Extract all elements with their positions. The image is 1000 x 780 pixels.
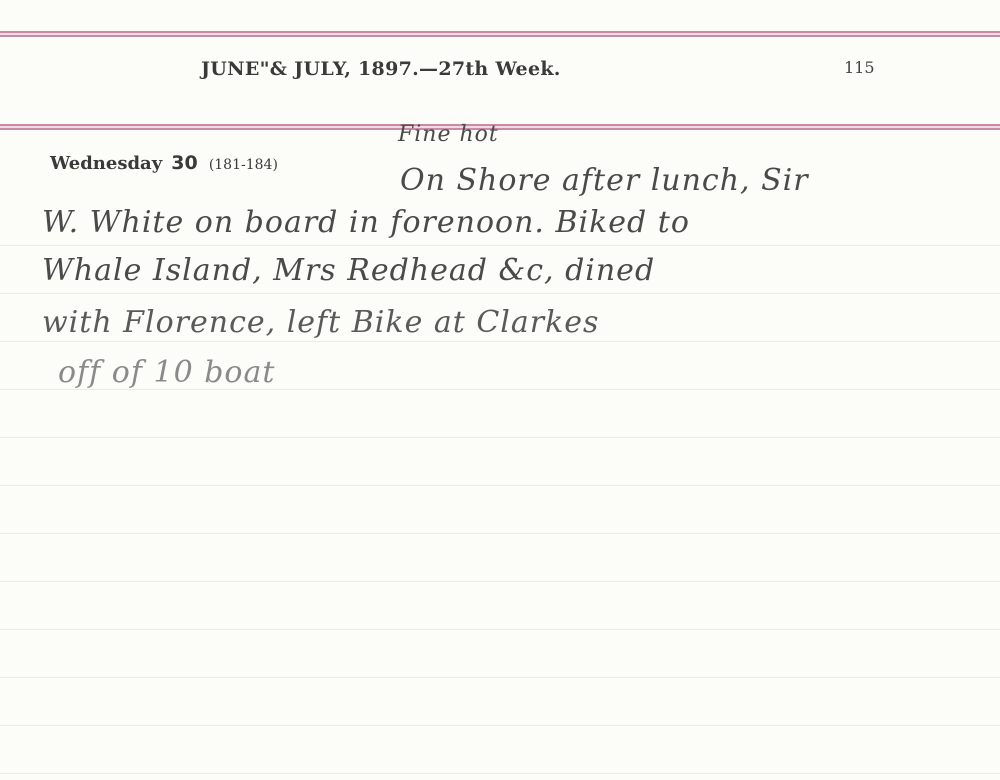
ruled-line	[0, 437, 1000, 438]
handwriting-line: W. White on board in forenoon. Biked to	[42, 205, 690, 240]
ruled-line	[0, 773, 1000, 774]
day-number: 30	[171, 152, 197, 174]
page-header-title: JUNE"& JULY, 1897.—27th Week.	[201, 58, 561, 80]
ruled-line	[0, 677, 1000, 678]
diary-page: JUNE"& JULY, 1897.—27th Week. 115 Wednes…	[0, 0, 1000, 780]
header-double-rule	[0, 124, 1000, 130]
day-label: Wednesday 30 (181-184)	[50, 152, 278, 174]
ruled-line	[0, 485, 1000, 486]
handwriting-line-pencil: off of 10 boat	[58, 355, 275, 390]
ruled-line	[0, 533, 1000, 534]
ruled-line	[0, 293, 1000, 294]
handwriting-line: Whale Island, Mrs Redhead &c, dined	[42, 253, 655, 288]
day-of-year-range: (181-184)	[209, 157, 278, 173]
ruled-line	[0, 245, 1000, 246]
day-name: Wednesday	[50, 153, 162, 174]
ruled-line	[0, 629, 1000, 630]
handwriting-line: with Florence, left Bike at Clarkes	[42, 305, 599, 340]
page-number: 115	[844, 58, 875, 77]
handwriting-line: On Shore after lunch, Sir	[400, 163, 809, 198]
ruled-line	[0, 341, 1000, 342]
top-double-rule	[0, 31, 1000, 37]
ruled-line	[0, 581, 1000, 582]
ruled-line	[0, 725, 1000, 726]
handwriting-line-weather: Fine hot	[398, 122, 499, 147]
